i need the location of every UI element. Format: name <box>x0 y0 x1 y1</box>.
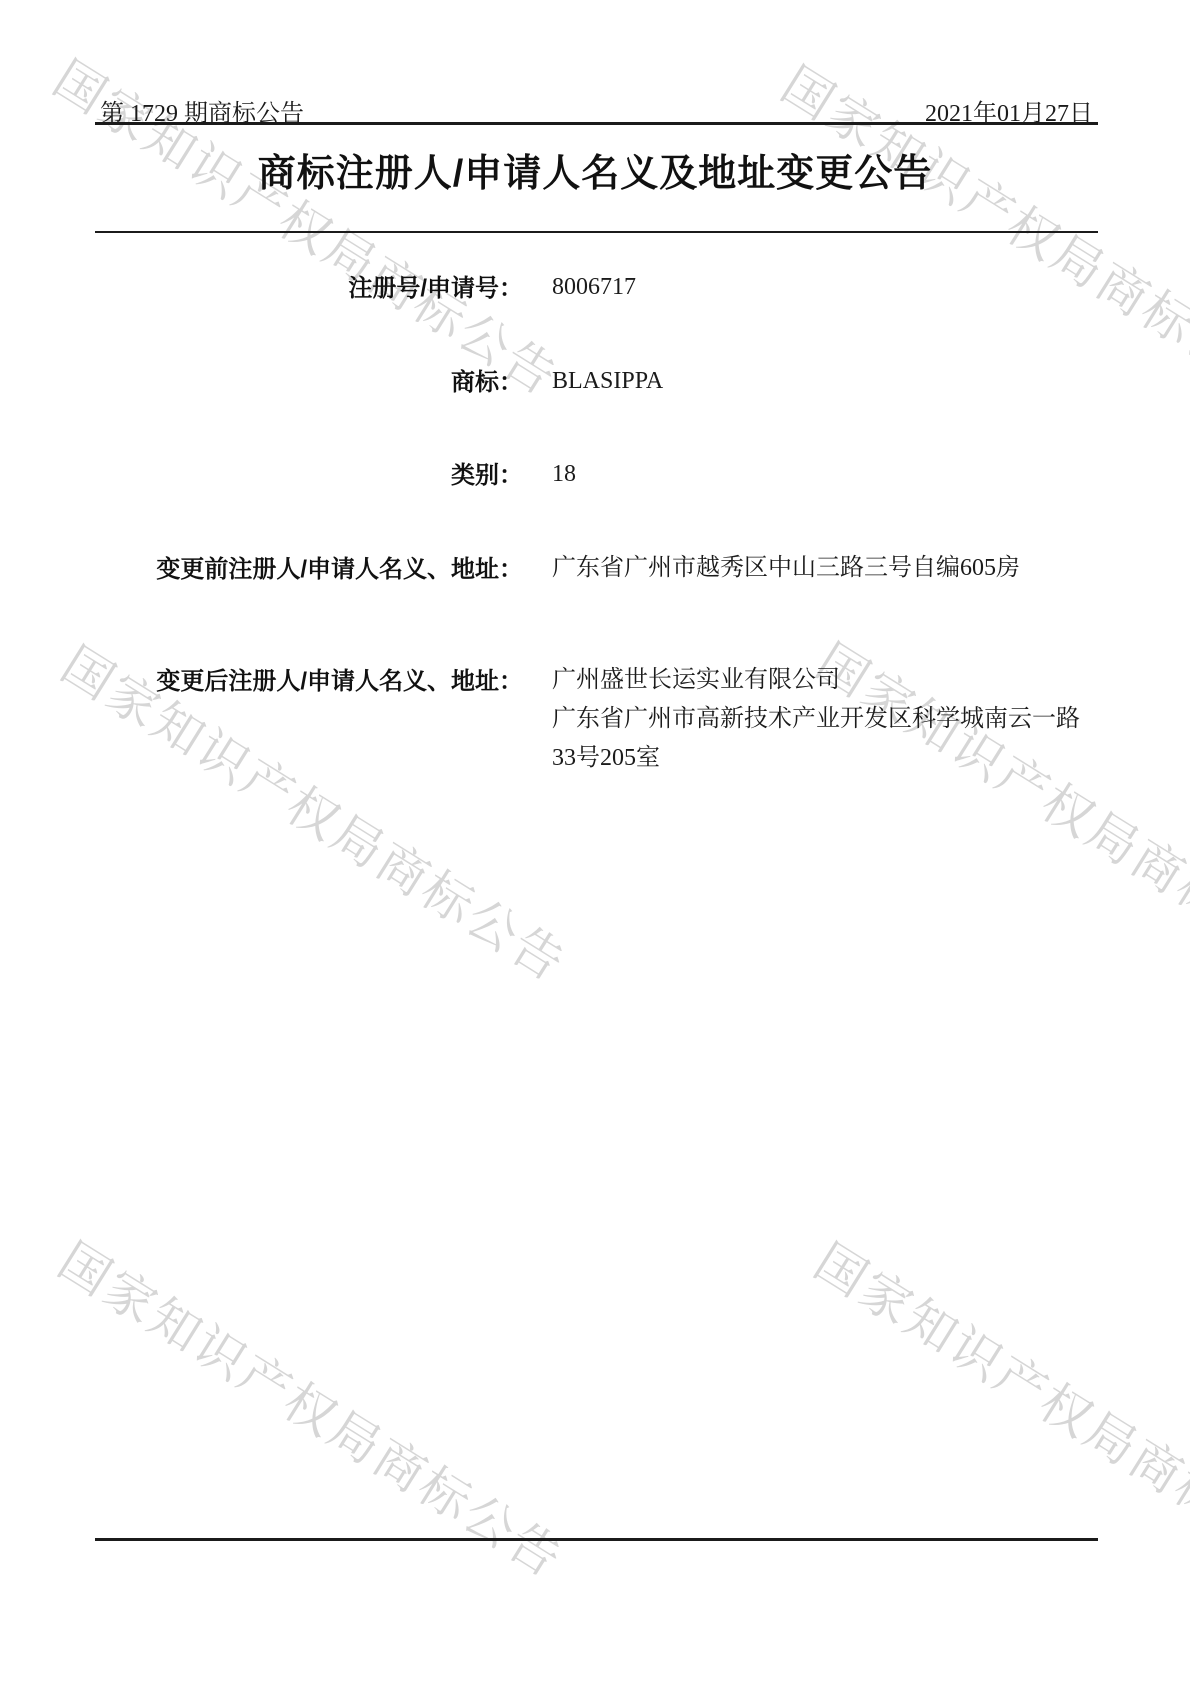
page-content: 第 1729 期商标公告 2021年01月27日 商标注册人/申请人名义及地址变… <box>0 0 1190 1684</box>
field-label: 注册号/申请号： <box>0 268 523 303</box>
after-change-address-line2: 33号205室 <box>552 739 1032 778</box>
document-page: 国家知识产权局商标公告 国家知识产权局商标公告 国家知识产权局商标公告 国家知识… <box>0 0 1190 1684</box>
title-rule <box>95 231 1098 233</box>
after-change-address-line1: 广东省广州市高新技术产业开发区科学城南云一路 <box>552 700 1032 739</box>
field-value: BLASIPPA <box>552 362 1032 401</box>
field-value: 广州盛世长运实业有限公司 广东省广州市高新技术产业开发区科学城南云一路 33号2… <box>552 661 1032 778</box>
field-label: 变更后注册人/申请人名义、地址： <box>0 661 523 696</box>
field-value: 广东省广州市越秀区中山三路三号自编605房 <box>552 549 1032 588</box>
header-rule <box>95 122 1098 125</box>
footer-rule <box>95 1538 1098 1541</box>
field-label: 类别： <box>0 455 523 490</box>
field-label: 变更前注册人/申请人名义、地址： <box>0 549 523 584</box>
field-label: 商标： <box>0 362 523 397</box>
after-change-name: 广州盛世长运实业有限公司 <box>552 661 1032 700</box>
page-title: 商标注册人/申请人名义及地址变更公告 <box>0 142 1190 197</box>
field-value: 8006717 <box>552 268 1032 307</box>
field-value: 18 <box>552 455 1032 494</box>
